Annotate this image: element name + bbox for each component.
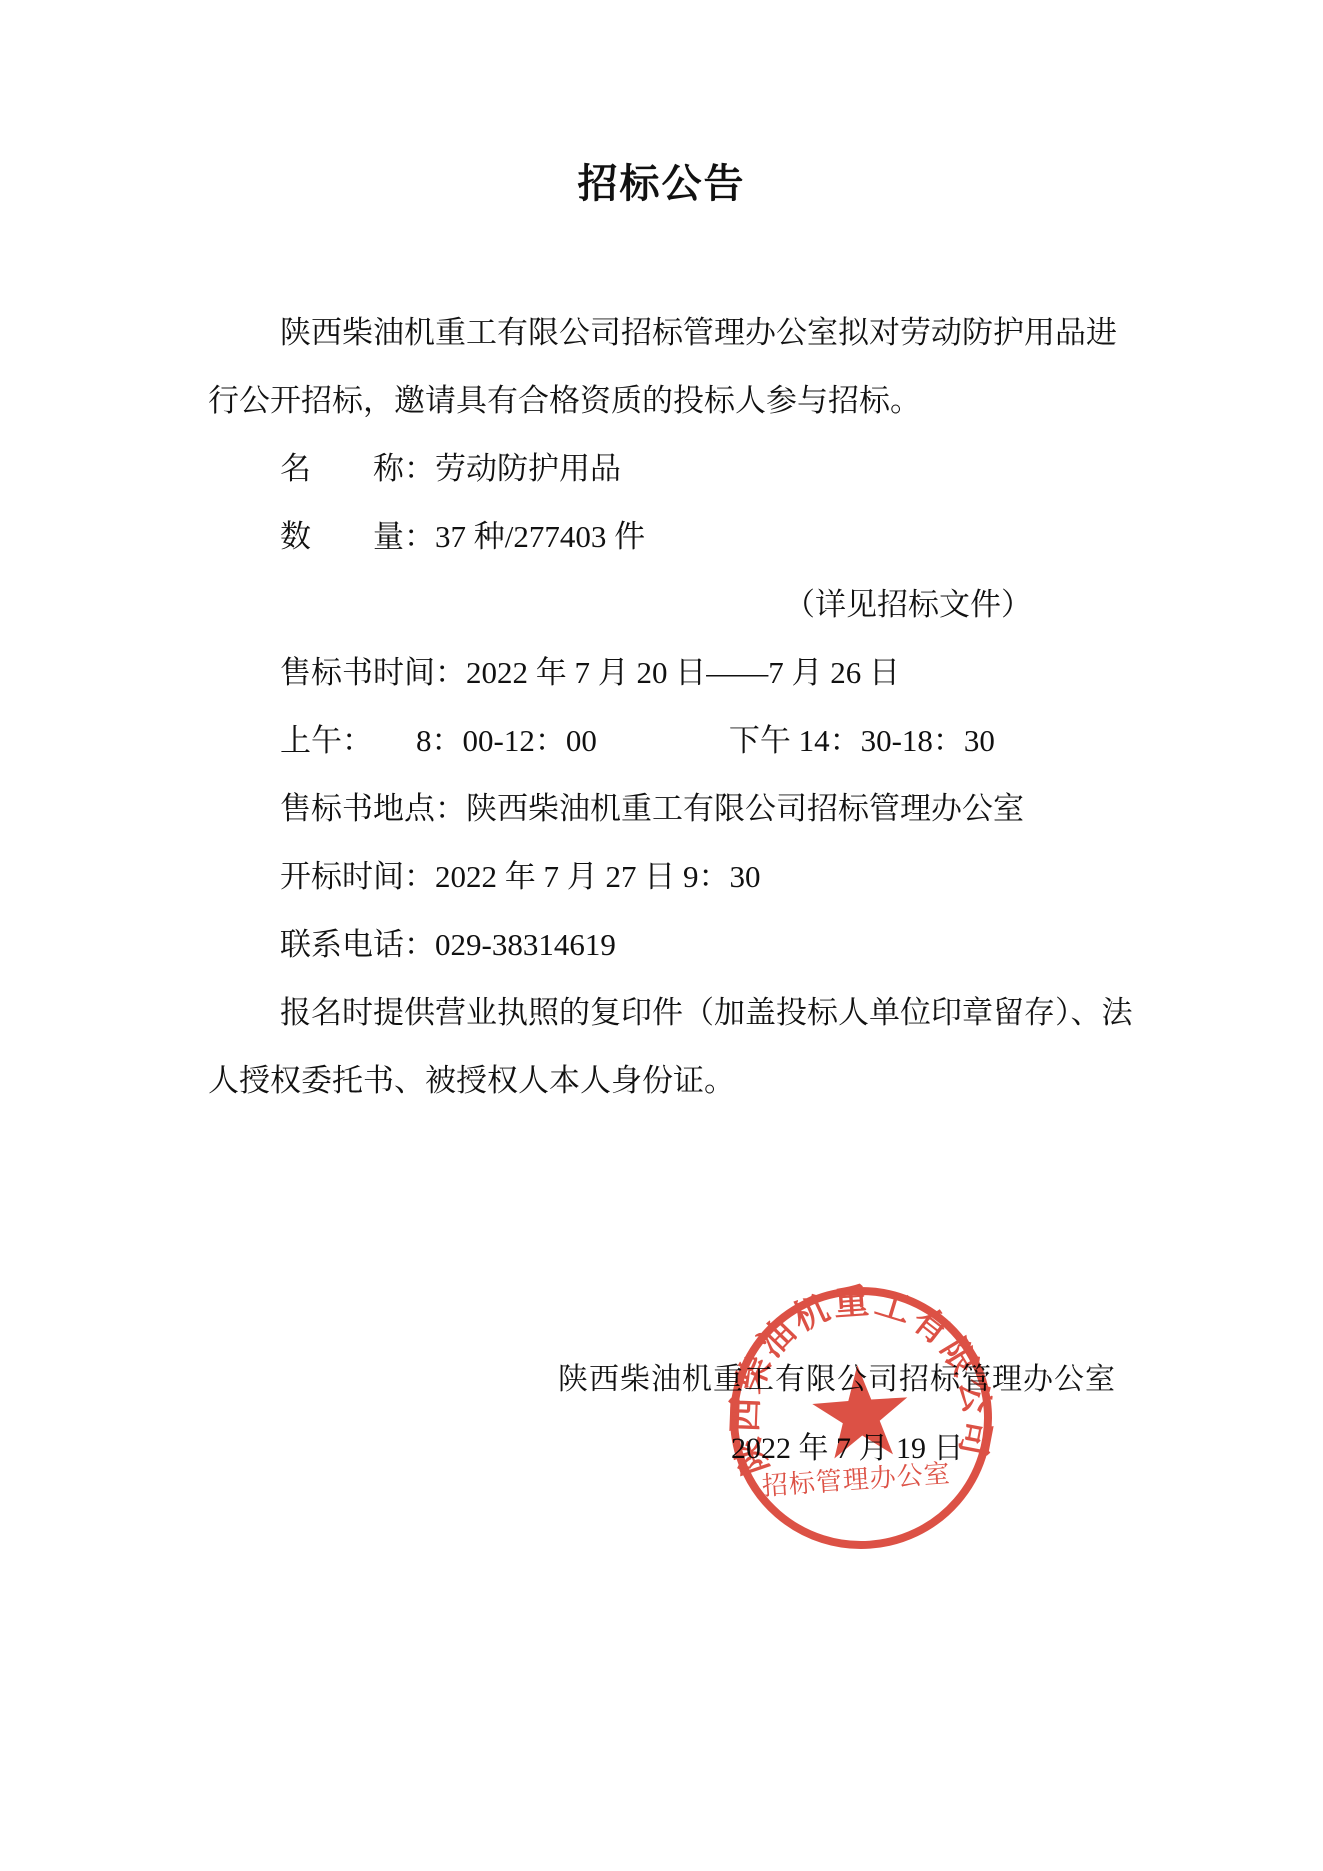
field-sale-time: 售标书时间：2022 年 7 月 20 日——7 月 26 日 [208,639,1138,707]
field-quantity: 数 量：37 种/277403 件 [208,503,1138,571]
field-name: 名 称：劳动防护用品 [208,435,1138,503]
note-line-1: 报名时提供营业执照的复印件（加盖投标人单位印章留存）、法 [208,979,1138,1047]
schedule-afternoon-time: 下午 14：30-18：30 [729,723,995,758]
field-open-time: 开标时间：2022 年 7 月 27 日 9：30 [208,843,1138,911]
official-seal-graphic: 陕西柴油机重工有限公司 招标管理办公室 [711,1268,1012,1569]
intro-line-1: 陕西柴油机重工有限公司招标管理办公室拟对劳动防护用品进 [208,299,1138,367]
schedule-morning-time: 8：00-12：00 [416,723,597,758]
document-page: 招标公告 陕西柴油机重工有限公司招标管理办公室拟对劳动防护用品进 行公开招标，邀… [0,0,1323,1871]
field-sale-place: 售标书地点：陕西柴油机重工有限公司招标管理办公室 [208,775,1138,843]
detail-note: （详见招标文件） [208,571,1138,639]
document-body: 陕西柴油机重工有限公司招标管理办公室拟对劳动防护用品进 行公开招标，邀请具有合格… [208,299,1138,1115]
field-schedule: 上午：8：00-12：00下午 14：30-18：30 [208,707,1138,775]
intro-line-2: 行公开招标，邀请具有合格资质的投标人参与招标。 [208,367,1138,435]
note-line-2: 人授权委托书、被授权人本人身份证。 [208,1047,1138,1115]
field-phone: 联系电话：029-38314619 [208,911,1138,979]
red-star-icon [810,1362,911,1460]
seal-center-label: 招标管理办公室 [761,1459,952,1501]
official-seal: 陕西柴油机重工有限公司 招标管理办公室 [711,1268,1012,1569]
page-title: 招标公告 [0,160,1323,208]
schedule-morning-label: 上午： [280,723,373,758]
